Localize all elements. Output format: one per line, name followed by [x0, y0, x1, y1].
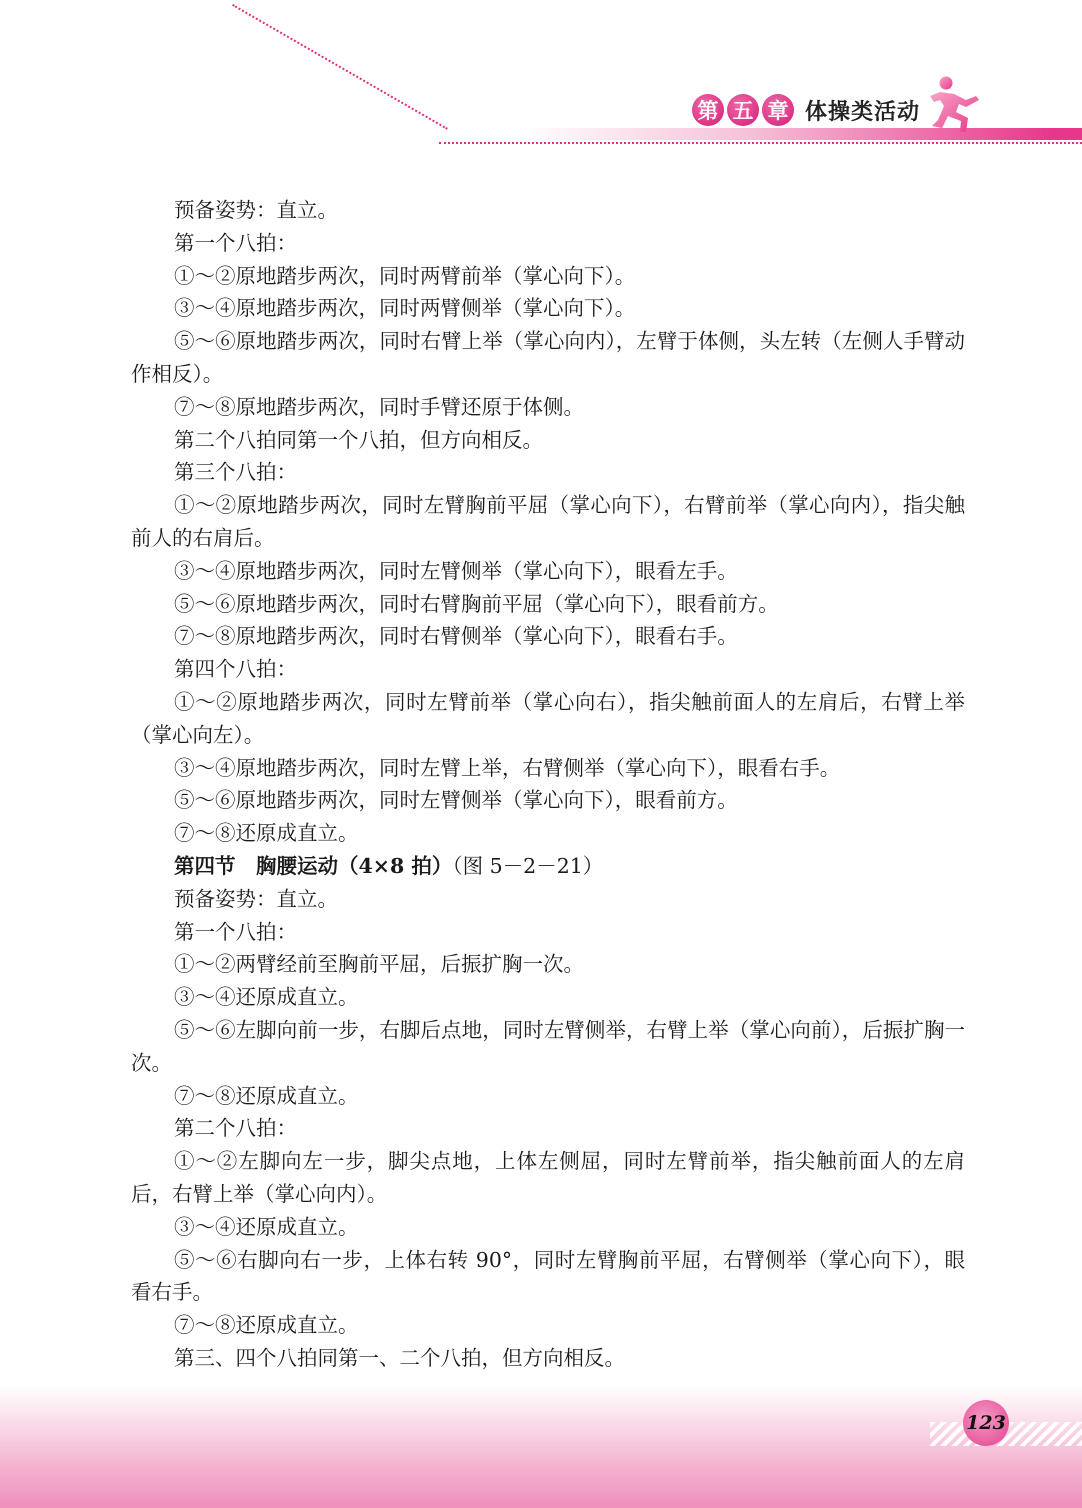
paragraph: ③～④原地踏步两次，同时左臂上举，右臂侧举（掌心向下），眼看右手。 — [131, 752, 965, 785]
paragraph: ③～④还原成直立。 — [131, 1211, 965, 1244]
paragraph: ⑤～⑥原地踏步两次，同时左臂侧举（掌心向下），眼看前方。 — [131, 784, 965, 817]
paragraph: 第三个八拍： — [131, 456, 965, 489]
figure-reference: （图 5－2－21） — [452, 854, 603, 878]
paragraph: ①～②原地踏步两次，同时左臂前举（掌心向右），指尖触前面人的左肩后，右臂上举（掌… — [131, 686, 965, 752]
footer-gradient — [0, 1385, 1082, 1508]
page-number-badge: 123 — [963, 1400, 1009, 1446]
paragraph: ③～④原地踏步两次，同时两臂侧举（掌心向下）。 — [131, 292, 965, 325]
paragraph: ③～④原地踏步两次，同时左臂侧举（掌心向下），眼看左手。 — [131, 555, 965, 588]
paragraph: ⑦～⑧原地踏步两次，同时手臂还原于体侧。 — [131, 391, 965, 424]
paragraph: 预备姿势：直立。 — [131, 194, 965, 227]
chapter-title: 体操类活动 — [805, 95, 920, 126]
paragraph: ①～②原地踏步两次，同时左臂胸前平屈（掌心向下），右臂前举（掌心向内），指尖触前… — [131, 489, 965, 555]
section-heading-title: 第四节 胸腰运动（4×8 拍） — [174, 854, 452, 878]
paragraph: 第一个八拍： — [131, 916, 965, 949]
paragraph: 第二个八拍： — [131, 1112, 965, 1145]
chapter-char-1: 第 — [692, 94, 724, 126]
paragraph: ⑤～⑥原地踏步两次，同时右臂上举（掌心向内），左臂于体侧，头左转（左侧人手臂动作… — [131, 325, 965, 391]
chapter-header: 第 五 章 体操类活动 — [692, 92, 920, 128]
paragraph: ⑤～⑥原地踏步两次，同时右臂胸前平屈（掌心向下），眼看前方。 — [131, 588, 965, 621]
paragraph: ⑦～⑧还原成直立。 — [131, 1309, 965, 1342]
paragraph: ③～④还原成直立。 — [131, 981, 965, 1014]
section-heading: 第四节 胸腰运动（4×8 拍）（图 5－2－21） — [131, 850, 965, 883]
document-body: 预备姿势：直立。 第一个八拍： ①～②原地踏步两次，同时两臂前举（掌心向下）。 … — [131, 194, 965, 1375]
paragraph: ⑦～⑧还原成直立。 — [131, 817, 965, 850]
chapter-char-3: 章 — [762, 94, 794, 126]
chapter-char-2: 五 — [727, 94, 759, 126]
decorative-dotted-diagonal — [232, 4, 448, 130]
paragraph: ①～②两臂经前至胸前平屈，后振扩胸一次。 — [131, 948, 965, 981]
paragraph: ⑤～⑥左脚向前一步，右脚后点地，同时左臂侧举，右臂上举（掌心向前），后振扩胸一次… — [131, 1014, 965, 1080]
paragraph: 第一个八拍： — [131, 227, 965, 260]
paragraph: 第三、四个八拍同第一、二个八拍，但方向相反。 — [131, 1342, 965, 1375]
paragraph: ⑤～⑥右脚向右一步，上体右转 90°，同时左臂胸前平屈，右臂侧举（掌心向下），眼… — [131, 1244, 965, 1310]
header-dotted-rule — [439, 142, 1082, 144]
paragraph: ⑦～⑧原地踏步两次，同时右臂侧举（掌心向下），眼看右手。 — [131, 620, 965, 653]
paragraph: 第二个八拍同第一个八拍，但方向相反。 — [131, 424, 965, 457]
paragraph: ①～②原地踏步两次，同时两臂前举（掌心向下）。 — [131, 260, 965, 293]
running-person-icon — [926, 74, 990, 134]
header-gradient-band — [520, 128, 1082, 140]
paragraph: 预备姿势：直立。 — [131, 883, 965, 916]
paragraph: ①～②左脚向左一步，脚尖点地，上体左侧屈，同时左臂前举，指尖触前面人的左肩后，右… — [131, 1145, 965, 1211]
page-number: 123 — [966, 1412, 1006, 1434]
paragraph: ⑦～⑧还原成直立。 — [131, 1080, 965, 1113]
paragraph: 第四个八拍： — [131, 653, 965, 686]
